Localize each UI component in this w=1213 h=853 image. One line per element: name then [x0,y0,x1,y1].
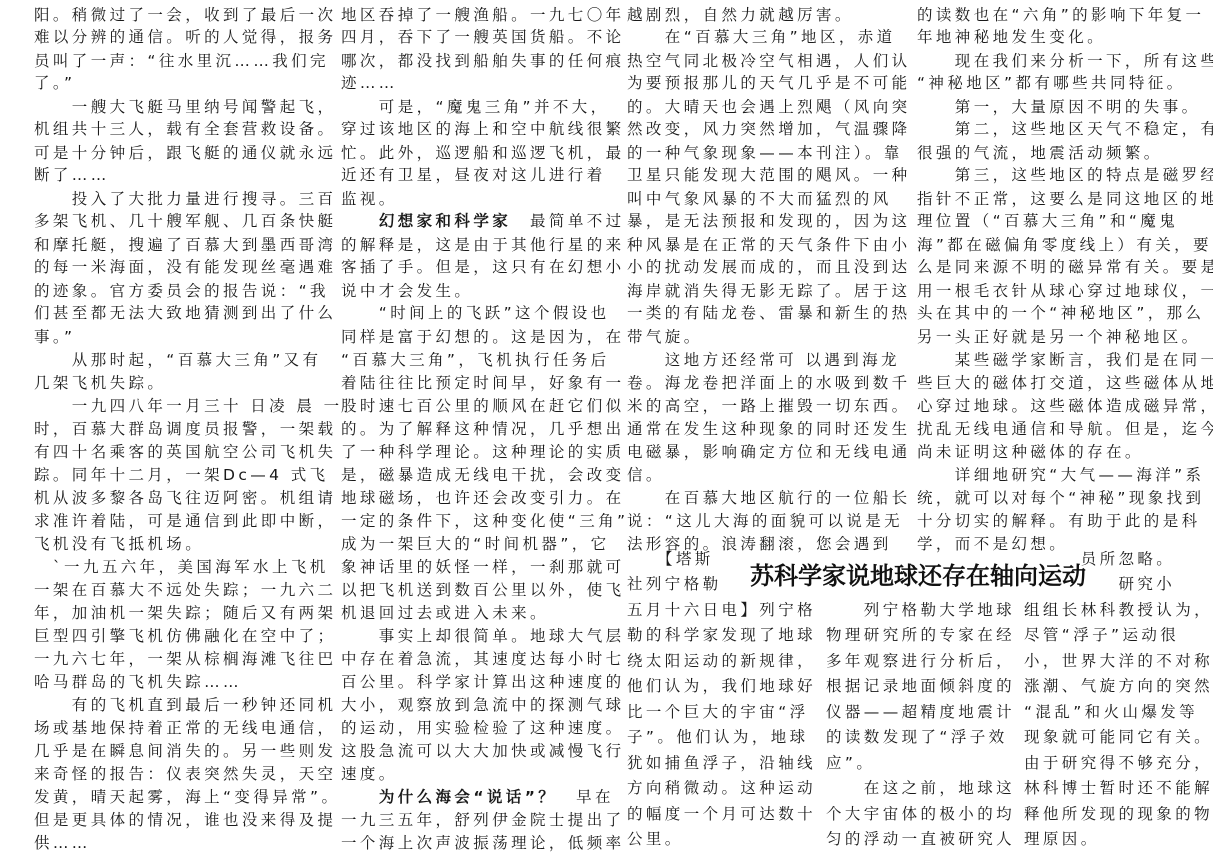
text-line: 社列宁格勒 [627,574,722,594]
section-subheading: 为什么海会“说话”？ [379,788,557,806]
text-line: 很强的气流，地震活动频繁。 [917,143,1163,163]
text-line: 公里。 [627,829,684,849]
text-line: 年，加油机一架失踪；随后又有两架 [34,603,336,623]
text-line: 一九三五年，舒列伊金院士提出了 [341,810,625,830]
text-line: 可是十分钟后，跟飞艇的通仪就永远 [34,143,336,163]
text-line: 四月，吞下了一艘英国货船。不论 [341,27,625,47]
text-line: 一定的条件下，这种变化使“三角” [341,511,628,531]
text-line: 暴，是无法预报和发现的，因为这 [627,211,911,231]
text-line: 机退回过去或进入未来。 [341,603,549,623]
text-line: 机从波多黎各岛飞往迈阿密。机组请 [34,488,336,508]
text-line: 叫中气象风暴的不大而猛烈的风 [627,189,892,209]
text-line: 米的高空，一路上摧毁一切东西。 [627,396,911,416]
text-line: 成为一架巨大的“时间机器”，它 [341,534,610,554]
text-line: 的运动，用实验检验了这种速度。 [341,718,625,738]
text-line: 他们认为，我们地球好 [627,676,816,696]
text-line: 热空气同北极冷空气相遇，人们认 [627,51,911,71]
text-line: 匀的浮动一直被研究人 [826,829,1015,849]
text-line: 一架在百慕大不远处失踪；一九六二 [34,580,336,600]
text-line: 五月十六日电】列宁格 [627,600,816,620]
text-line: 说：“这儿大海的面貌可以说是无 [627,511,903,531]
text-line: 和摩托艇，搜遍了百慕大到墨西哥湾 [34,235,336,255]
text-line: 几乎是在瞬息间消失的。另一些则发 [34,741,336,761]
text-line: 着陆往往比预定时间早，好象有一 [341,373,625,393]
text-line: 一艘大飞艇马里纳号闻警起飞， [34,97,336,117]
text-line: 小，世界大洋的不对称 [1024,651,1213,671]
text-line: 监视。 [341,189,398,209]
text-line: 的一种气象现象——本刊注）。靠 [627,143,903,163]
text-line: 尽管“浮子”运动很 [1024,625,1179,645]
text-line: 犹如捕鱼浮子，沿轴线 [627,753,816,773]
text-line: 迹…… [341,73,398,93]
text-line: 巨型四引擎飞机仿佛融化在空中了； [34,626,336,646]
text-line: “百慕大三角”，飞机执行任务后 [341,350,610,370]
section-subheading: 幻想家和科学家 [379,212,511,230]
text-line: 林科博士暂时还不能解 [1024,778,1213,798]
text-line: 某些磁学家断言，我们是在同一 [917,350,1213,370]
text-line: 十分切实的解释。有助于此的是科 [917,511,1201,531]
text-line: 从那时起，“百慕大三角”又有 [34,350,321,370]
text-line: 多年观察进行分析后， [826,651,1015,671]
text-line: 比一个巨大的宇宙“浮 [627,702,809,722]
text-line: 子”。他们认为，地球 [627,727,809,747]
text-line: 幻想家和科学家 最简单不过 [341,211,625,231]
text-line: 一九四八年一月三十 日凌 晨 一 [34,396,342,416]
text-line: 是，磁暴造成无线电干扰，会改变 [341,465,625,485]
text-line: “神秘地区”都有哪些共同特征。 [917,73,1186,93]
text-line: 扰乱无线电通信和导航。但是，迄今 [917,419,1213,439]
text-line: 电磁暴，影响确定方位和无线电通 [627,442,911,462]
text-line: 仪器——超精度地震计 [826,702,1015,722]
text-line: 勒的科学家发现了地球 [627,625,816,645]
text-line: 哪次，都没找到船舶失事的任何痕 [341,51,625,71]
text-line: 速度。 [341,764,398,784]
text-line: 心穿过地球。这些磁体造成磁异常， [917,396,1213,416]
text-line: 一个海上次声波振荡理论，低频率 [341,833,625,853]
text-line: 现在我们来分析一下，所有这些 [917,51,1213,71]
text-line: 供…… [34,833,91,853]
text-line: 一九六七年，一架从棕榈海滩飞往巴 [34,649,336,669]
text-line: 为要预报那儿的天气几乎是不可能 [627,73,911,93]
text-line: 来奇怪的报告：仪表突然失灵，天空 [34,764,336,784]
text-line: 物理研究所的专家在经 [826,625,1015,645]
text-line: 的。为了解释这种情况，几乎想出 [341,419,625,439]
text-line: 第二，这些地区天气不稳定，有 [917,119,1213,139]
text-line: 飞机没有飞抵机场。 [34,534,204,554]
text-line: 理原因。 [1024,829,1100,849]
text-line: 的读数发现了“浮子效 [826,727,1008,747]
text-line: 根据记录地面倾斜度的 [826,676,1015,696]
text-line: 么是同来源不明的磁异常有关。要是 [917,257,1213,277]
text-line: 详细地研究“大气——海洋”系 [917,465,1204,485]
text-line: 越剧烈，自然力就越厉害。 [627,5,854,25]
text-line: 列宁格勒大学地球 [826,600,1015,620]
text-line: 以把飞机送到数百公里以外，使飞 [341,580,625,600]
text-line: 第三，这些地区的特点是磁罗经 [917,165,1213,185]
text-line: 理位置（“百慕大三角”和“魔鬼 [917,211,1178,231]
text-line: 场或基地保持着正常的无线电通信， [34,718,336,738]
text-line: 小的扰动发展而成的，而且没到达 [627,257,911,277]
text-line: 事。” [34,327,75,347]
text-line: 地球磁场，也许还会改变引力。在 [341,488,625,508]
text-line: 为什么海会“说话”？ 早在 [341,787,614,807]
text-line: 组组长林科教授认为， [1024,600,1213,620]
text-line: 的。大晴天也会遇上烈飓（风向突 [627,97,911,117]
text-line: 绕太阳运动的新规律， [627,651,816,671]
text-line: 近还有卫星，昼夜对这儿进行着 [341,165,606,185]
text-line: 发黄，晴天起雾，海上“变得异常”。 [34,787,340,807]
text-line: 头在其中的一个“神秘地区”，那么 [917,303,1204,323]
text-line: 有的飞机直到最后一秒钟还同机 [34,695,336,715]
text-line: 释他所发现的现象的物 [1024,804,1213,824]
text-line: 然改变，风力突然增加，气温骤降 [627,119,911,139]
text-line: 断了…… [34,165,110,185]
text-line: 海岸就消失得无影无踪了。居于这 [627,281,911,301]
text-line: 指针不正常，这要么是同这地区的地 [917,189,1213,209]
text-line: 穿过该地区的海上和空中航线很繁 [341,119,625,139]
article-headline: 苏科学家说地球还存在轴向运动 [750,556,1086,591]
text-line: 求准许着陆，可是通信到此即中断， [34,511,336,531]
text-line: 些巨大的磁体打交道，这些磁体从地 [917,373,1213,393]
text-line: 这地方还经常可 以遇到海龙 [627,350,900,370]
text-line: 踪。同年十二月，一架Dc—4 式飞 [34,465,329,485]
text-line: 员叫了一声：“往水里沉……我们完 [34,51,329,71]
text-line: 在这之前，地球这 [826,778,1015,798]
text-line: 有四十名乘客的英国航空公司飞机失 [34,442,336,462]
text-line: 多架飞机、几十艘军舰、几百条快艇 [34,211,336,231]
text-line: 股时速七百公里的顺风在赶它们似 [341,396,625,416]
text-line: 投入了大批力量进行搜寻。三百 [34,189,336,209]
text-line: 通常在发生这种现象的同时还发生 [627,419,911,439]
text-line: 涨潮、气旋方向的突然 [1024,676,1213,696]
text-line: 海”都在磁偏角零度线上）有关，要 [917,235,1212,255]
text-line: 阳。稍微过了一会，收到了最后一次 [34,5,336,25]
text-line: 信。 [627,465,665,485]
text-line: 卷。海龙卷把洋面上的水吸到数千 [627,373,911,393]
text-line: 事实上却很简单。地球大气层 [341,626,625,646]
text-line: 了。” [34,73,75,93]
text-line: 由于研究得不够充分， [1024,753,1213,773]
text-line: ˋ一九五六年，美国海军水上飞机 [34,557,329,577]
text-line: 象神话里的妖怪一样，一刹那就可 [341,557,625,577]
text-line: 用一根毛衣针从球心穿过地球仪，一 [917,281,1213,301]
text-line: 机组共十三人，载有全套营救设备。 [34,119,336,139]
text-line: 在“百慕大三角”地区，赤道 [627,27,896,47]
text-line: 这股急流可以大大加快或减慢飞行 [341,741,625,761]
text-line: 年地神秘地发生变化。 [917,27,1106,47]
text-line: 大小，观察放到急流中的探测气球 [341,695,625,715]
text-line: 时，百慕大群岛调度员报警，一架载 [34,419,336,439]
text-line: 的幅度一个月可达数十 [627,804,816,824]
text-line: “时间上的飞跃”这个假设也 [341,303,610,323]
text-line: 同样是富于幻想的。这是因为，在 [341,327,625,347]
text-line: 个大宇宙体的极小的均 [826,804,1015,824]
text-line: 种风暴是在正常的天气条件下由小 [627,235,911,255]
text-line: 的每一米海面，没有能发现丝毫遇难 [34,257,336,277]
text-line: 地区吞掉了一艘渔船。一九七〇年 [341,5,625,25]
text-line: 的迹象。官方委员会的报告说：“我 [34,281,329,301]
text-line: “混乱”和火山爆发等 [1024,702,1198,722]
text-line: 卫星只能发现大范围的飓风。一种 [627,165,911,185]
text-line: 几架飞机失踪。 [34,373,166,393]
text-line: 现象就可能同它有关。 [1024,727,1213,747]
text-line: 的解释是，这是由于其他行星的来 [341,235,625,255]
text-line: 了一种科学理论。这种理论的实质 [341,442,625,462]
text-line: 一类的有陆龙卷、雷暴和新生的热 [627,303,911,323]
text-line: 百公里。科学家计算出这种速度的 [341,672,625,692]
text-line: 中存在着急流，其速度达每小时七 [341,649,625,669]
text-line: 难以分辨的通信。听的人觉得，报务 [34,27,336,47]
text-line: 尚未证明这种磁体的存在。 [917,442,1144,462]
text-line: 方向稍微动。这种运动 [627,778,816,798]
text-line: 的读数也在“六角”的影响下年复一 [917,5,1204,25]
text-line: 第一，大量原因不明的失事。 [917,97,1201,117]
text-line: 统，就可以对每个“神秘”现象找到 [917,488,1204,508]
text-line: 但是更具体的情况，谁也没来得及提 [34,810,336,830]
text-line: 忙。此外，巡逻船和巡逻飞机，最 [341,143,625,163]
text-line: 带气旋。 [627,327,703,347]
text-line: 说中才会发生。 [341,281,473,301]
text-line: 应”。 [826,753,875,773]
text-line: 【塔斯 [627,549,714,569]
text-line: 哈马群岛的飞机失踪…… [34,672,242,692]
text-line: 另一头正好就是另一个神秘地区。 [917,327,1201,347]
text-line: 们甚至都无法大致地猜测到出了什么 [34,303,336,323]
text-line: 可是，“魔鬼三角”并不大， [341,97,610,117]
text-line: 在百慕大地区航行的一位船长 [627,488,911,508]
text-line: 客插了手。但是，这只有在幻想小 [341,257,625,277]
